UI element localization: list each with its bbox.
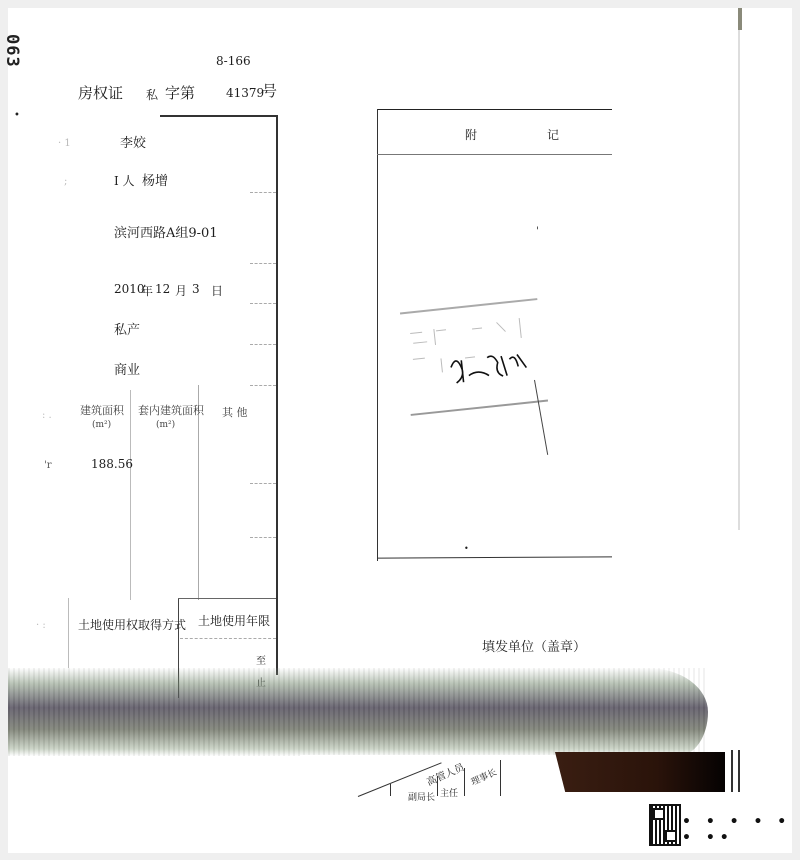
side-code: 063 [2, 34, 22, 68]
attachment-header-divider [377, 154, 612, 155]
date-year: 2010 [114, 282, 145, 296]
row-divider [250, 303, 276, 304]
row-divider [250, 537, 276, 538]
attachment-header-left: 附 [465, 126, 477, 143]
date-year-unit: 年 [141, 282, 153, 299]
date-month: 12 [155, 282, 170, 296]
sheet-line [437, 776, 438, 796]
building-area-value: 188.56 [91, 457, 133, 471]
edge-line [731, 750, 733, 792]
table-right-border [276, 115, 278, 675]
property-nature-value: 私产 [114, 319, 140, 338]
dark-desk-surface [555, 752, 725, 792]
term-fragment-1: 至 [256, 652, 266, 667]
sheet-line [500, 760, 501, 796]
date-day-unit: 日 [211, 282, 223, 299]
certificate-suffix: 号 [262, 80, 277, 101]
date-day: 3 [192, 282, 200, 296]
issuer-label: 填发单位（盖章） [482, 636, 586, 655]
serial-number: 8-166 [216, 54, 251, 68]
page-edge [738, 30, 740, 530]
table-top-border [160, 115, 278, 117]
sheet-line [464, 768, 465, 796]
certificate-type: 私 [146, 86, 158, 103]
land-term-header: 土地使用年限 [198, 612, 270, 629]
col-divider [68, 598, 69, 668]
certificate-title: 房权证 [78, 82, 123, 103]
other-header: 其 他 [222, 404, 248, 420]
attachment-left-border [377, 109, 378, 561]
certificate-number: 41379 [226, 86, 264, 100]
land-acquisition-header: 土地使用权取得方式 [78, 616, 186, 633]
underlying-col-0: 副局长 [408, 790, 435, 803]
inner-area-header: 套内建筑面积 [138, 402, 204, 418]
edge-line [738, 750, 740, 792]
row-divider [250, 385, 276, 386]
sheet-line [390, 784, 391, 796]
co-owner-prefix: I 人 [114, 172, 135, 189]
building-area-header: 建筑面积 [80, 402, 124, 418]
col-divider [130, 390, 131, 600]
co-owner-value: 杨增 [142, 170, 168, 189]
edge-mark [738, 8, 742, 30]
official-seal-stamp [400, 298, 548, 416]
scan-shadow-band [8, 668, 708, 756]
row-divider [250, 483, 276, 484]
underlying-col-1: 主任 [440, 786, 458, 799]
attachment-header-right: 记 [547, 126, 559, 143]
row-divider [250, 263, 276, 264]
row-divider [250, 344, 276, 345]
certificate-word: 字第 [165, 82, 195, 103]
usage-value: 商业 [114, 359, 140, 378]
qr-code-icon[interactable] [651, 806, 679, 844]
building-area-unit: (m²) [92, 420, 111, 430]
attachment-top-border [377, 109, 612, 110]
row-divider [250, 192, 276, 193]
pagination-dots: • • • • • • •• [682, 814, 800, 846]
inner-area-unit: (m²) [156, 420, 175, 430]
row-divider [180, 638, 276, 639]
date-month-unit: 月 [175, 282, 187, 299]
row-divider [178, 598, 276, 599]
location-value: 滨河西路A组9-01 [114, 222, 218, 241]
owner-value: 李姣 [120, 132, 146, 151]
